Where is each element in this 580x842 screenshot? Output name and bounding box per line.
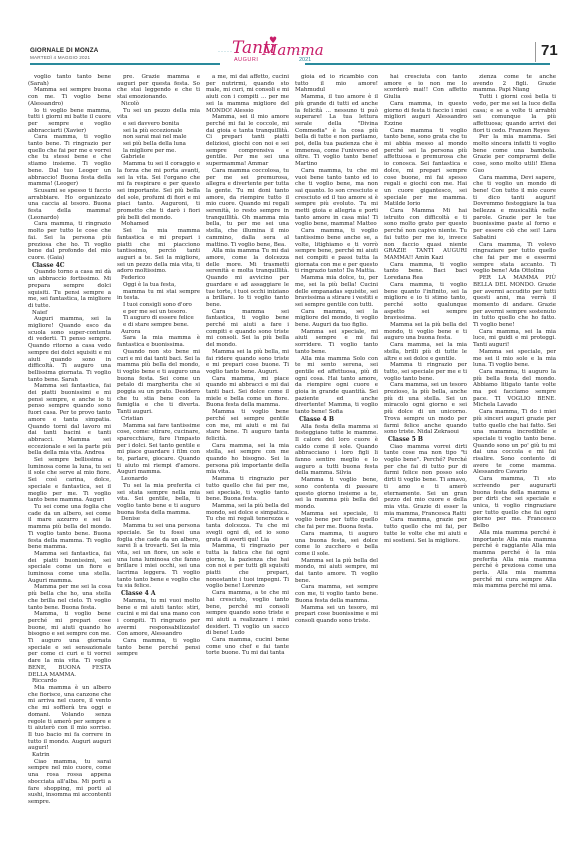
message-paragraph: Sei sempre bellissima e luminosa come la…: [28, 457, 111, 504]
message-paragraph: Cara mamma sei fantastica, ti voglio ben…: [206, 309, 289, 349]
message-paragraph: Mamma, tu mi vuoi molto bene e mi aiuti …: [117, 598, 200, 638]
message-paragraph: Cara mamma, Devi sapere, che ti voglio u…: [473, 175, 556, 242]
message-paragraph: Mamma per me sei la cosa più bella che h…: [28, 584, 111, 611]
message-paragraph: Cara mamma ti voglio tanto bene, sono gr…: [384, 128, 467, 208]
issue-date: MARTEDÌ 4 MAGGIO 2021: [30, 55, 90, 60]
message-paragraph: Mamma ti ringrazio per tutto quello che …: [206, 476, 289, 503]
message-paragraph: Mamma, ti voglio bene perché mi prepari …: [28, 611, 111, 678]
message-paragraph: Mamma sei speciale, mi aiuti sempre e mi…: [295, 329, 378, 356]
message-paragraph: e di stare sempre bene.: [117, 322, 200, 329]
message-paragraph: Mamma tu sei il coraggio e la forza che …: [117, 161, 200, 221]
message-paragraph: sei la più eccezionale: [117, 128, 200, 135]
message-paragraph: Cara mamma, sei sempre con me, ti voglio…: [295, 584, 378, 604]
signature: Naief: [28, 310, 111, 317]
message-paragraph: Alla mia mamma perché è importante Alla …: [473, 530, 556, 590]
message-paragraph: Io ti voglio bene mamma, tutti i giorni …: [28, 108, 111, 135]
signature: Federico: [117, 275, 200, 282]
message-paragraph: Cara mamma, ti voglio tantissimo bene an…: [295, 228, 378, 275]
message-paragraph: la migliore per me.: [117, 148, 200, 155]
message-paragraph: Cara mamma, Ti do i miei più sinceri aug…: [473, 409, 556, 476]
signature: Riccardo: [28, 678, 111, 685]
column-2: pre. Grazie mamma e auguri per questa fe…: [117, 74, 200, 842]
column-5: hai cresciuta con tanto amore e io non m…: [384, 74, 467, 842]
message-paragraph: Quando non sto bene mi curi e mi dai tan…: [117, 349, 200, 416]
message-paragraph: Quando torno a casa mi dà un abbraccio f…: [28, 269, 111, 309]
message-paragraph: Cara mamma, sei la migliore del mondo, t…: [295, 309, 378, 329]
message-paragraph: Mamma tu sei una persona speciale. Se tu…: [117, 523, 200, 590]
message-paragraph: e per me sei un tesoro.: [117, 309, 200, 316]
message-paragraph: Ti auguro di essere felice: [117, 315, 200, 322]
message-paragraph: Cara mamma coccolosa, tu per me sei prem…: [206, 168, 289, 248]
message-paragraph: Oggi è la tua festa,: [117, 282, 200, 289]
message-paragraph: Mia mamma è un albero che fiorisce, una …: [28, 685, 111, 752]
signature: Cristian: [117, 416, 200, 423]
message-paragraph: Cara mamma, tu che mi vuoi bene tanto ta…: [295, 168, 378, 228]
message-paragraph: Mamma sei la più bella del mondo, mi aiu…: [295, 558, 378, 585]
message-paragraph: Alla mia mamma Solo con te mi sento sere…: [295, 356, 378, 416]
message-paragraph: Mamma, ti ringrazio per tutta la fatica …: [206, 543, 289, 590]
page-number: 71: [541, 42, 558, 59]
message-paragraph: Mamma ti voglio bene perché sei sempre g…: [206, 409, 289, 443]
column-4: gioia ed io ricambio con tutto il mio am…: [295, 74, 378, 842]
message-paragraph: Cara mamma, ti voglio tanto bene. Ti rin…: [28, 134, 111, 188]
message-paragraph: Mamma sei fantastica, fai dei piatti buo…: [28, 383, 111, 457]
message-paragraph: Ciao mamma vorrei dirti tante cose ma no…: [384, 444, 467, 518]
message-paragraph: Sei la mia mamma fantastica e mi prepari…: [117, 228, 200, 275]
message-paragraph: Cara mamma, in questo giorno di festa ti…: [384, 101, 467, 128]
signature: Mohamed: [117, 221, 200, 228]
message-paragraph: Cara mamma, Ti sto scrivendo per augurar…: [473, 476, 556, 530]
column-3: a me, mi dai affetto, cucini per nutrirm…: [206, 74, 289, 842]
page-header: GIORNALE DI MONZA MARTEDÌ 4 MAGGIO 2021 …: [0, 0, 580, 72]
message-paragraph: Cara Mamma Mi hai istruito con difficolt…: [384, 208, 467, 262]
signature: Denise: [117, 516, 200, 523]
page-number-divider: [535, 42, 536, 62]
message-paragraph: Cara mamma, ti ringrazio molto per tutto…: [28, 221, 111, 261]
article-columns: voglio tanto tanto bene (Sarah)Mamma sei…: [28, 74, 556, 842]
message-paragraph: Cara mamma, a te che mi hai cresciuto, v…: [206, 590, 289, 637]
message-paragraph: Tu sei la mia preferita ci sei stata sem…: [117, 483, 200, 517]
message-paragraph: Cara mamma, grazie per tutto quello che …: [384, 517, 467, 544]
message-paragraph: Mamma ti ringrazio per tutto, sei specia…: [384, 362, 467, 382]
message-paragraph: Mamma, sei il mio amore perché mi fai le…: [206, 114, 289, 168]
message-paragraph: Cara mamma, sei la mia luce, mi guidi e …: [473, 329, 556, 349]
message-paragraph: Mamma sei fantastica, fai dei piatti buo…: [28, 551, 111, 585]
message-paragraph: Cara mamma, sei la mia stella, sei sempr…: [206, 443, 289, 477]
newspaper-name: GIORNALE DI MONZA: [30, 47, 98, 54]
header-rule-left: [30, 63, 220, 65]
heart-icon: ♥: [269, 36, 277, 46]
logo-dots-left: ·····: [218, 49, 233, 55]
message-paragraph: e sei davvero bonita: [117, 121, 200, 128]
signature: Leonardo: [117, 476, 200, 483]
message-paragraph: hai cresciuta con tanto amore e io non m…: [384, 74, 467, 101]
class-heading: Classe 5 B: [384, 437, 467, 444]
message-paragraph: Cara mamma, ti voglio tanto bene perché …: [117, 638, 200, 658]
logo-dots-right: ·····: [293, 49, 308, 55]
message-paragraph: Cara mamma, sei la mia stella, brilli pi…: [384, 342, 467, 362]
message-paragraph: Alla festa della mamma si festeggiano tu…: [295, 424, 378, 478]
message-paragraph: Scusami se spesso ti faccio arrabbiare. …: [28, 188, 111, 222]
message-paragraph: a me, mi dai affetto, cucini per nutrirm…: [206, 74, 289, 114]
signature: Nicolò: [117, 101, 200, 108]
message-paragraph: Mamma sei la più bella, mi fai ridere qu…: [206, 349, 289, 376]
message-paragraph: Sara la mia mamma è fantastica e buoniss…: [117, 335, 200, 348]
message-paragraph: Mamma sei speciale, ti voglio bene per t…: [295, 511, 378, 531]
message-paragraph: Cara mamma, mi piace quando mi abbracci …: [206, 376, 289, 410]
message-paragraph: Mamma sei la più bella del mondo, ti vog…: [384, 322, 467, 342]
message-paragraph: Cara mamma, cucini bene come uno chef e …: [206, 637, 289, 657]
message-paragraph: mamma tu mi stai sempre in testa.: [117, 289, 200, 302]
message-paragraph: Cara mamma, sei un tesoro prezioso, la p…: [384, 382, 467, 436]
message-paragraph: Mamma sai fare tantissime cose, come: st…: [117, 423, 200, 477]
class-heading: Classe 4 B: [295, 417, 378, 424]
message-paragraph: Mamma sei speciale, per me sei il mio so…: [473, 349, 556, 369]
message-paragraph: sei più bella della luna: [117, 141, 200, 148]
message-paragraph: Mamma sei un tesoro, mi prepari cose buo…: [295, 605, 378, 625]
message-paragraph: Mamma mia dolce, tu, per me, sei la più …: [295, 275, 378, 309]
message-paragraph: voglio tanto tanto bene (Sarah): [28, 74, 111, 87]
class-heading: Classe 4 A: [117, 591, 200, 598]
message-paragraph: Alla mia mamma Tu mi dai amore, come la …: [206, 248, 289, 308]
message-paragraph: Tu sei come una foglia che cade da un al…: [28, 504, 111, 551]
message-paragraph: Cara mamma, ti voglio bene quanto l'infi…: [384, 282, 467, 322]
message-paragraph: Cara mamma, ti voglio tanto bene. Baci b…: [384, 262, 467, 282]
signature: Katrin: [28, 752, 111, 759]
column-1: voglio tanto tanto bene (Sarah)Mamma sei…: [28, 74, 111, 842]
message-paragraph: Per la mia mamma. Sei molto sincera infa…: [473, 134, 556, 174]
message-paragraph: Ciao mamma, tu sarai sempre nel mio cuor…: [28, 759, 111, 806]
header-rule-right: [305, 63, 550, 65]
column-6: zienza come te anche avendo 2 figli. Gra…: [473, 74, 556, 842]
message-paragraph: Cara mamma, ti auguro una buona festa, s…: [295, 531, 378, 558]
message-paragraph: I tuoi consigli sono d'oro: [117, 302, 200, 309]
message-paragraph: Tutti i giorni così bella ti vedo, per m…: [473, 94, 556, 134]
message-paragraph: Cara mamma, Ti volevo ringraziare per tu…: [473, 242, 556, 276]
message-paragraph: zienza come te anche avendo 2 figli. Gra…: [473, 74, 556, 94]
message-paragraph: Mamma, il tuo amore è il più grande di t…: [295, 94, 378, 168]
message-paragraph: Mamma, sei la più bella del mondo, sei d…: [206, 503, 289, 543]
logo-auguri: AUGURI: [234, 57, 258, 63]
message-paragraph: PER LA MAMMA PIÙ BELLA DEL MONDO. Grazie…: [473, 275, 556, 329]
message-paragraph: Tu sei un pezzo della mia vita: [117, 108, 200, 121]
message-paragraph: Mamma ti voglio bene, sono contenta di p…: [295, 477, 378, 511]
message-paragraph: gioia ed io ricambio con tutto il mio am…: [295, 74, 378, 94]
signature: Gabriele: [117, 154, 200, 161]
message-paragraph: Mamma sei sempre buona con me. Ti voglio…: [28, 87, 111, 107]
message-paragraph: Auguri mamma, sei la migliore! Quando es…: [28, 316, 111, 383]
message-paragraph: Cara mamma, ti auguro la più bella festa…: [473, 369, 556, 409]
message-paragraph: pre. Grazie mamma e auguri per questa fe…: [117, 74, 200, 101]
